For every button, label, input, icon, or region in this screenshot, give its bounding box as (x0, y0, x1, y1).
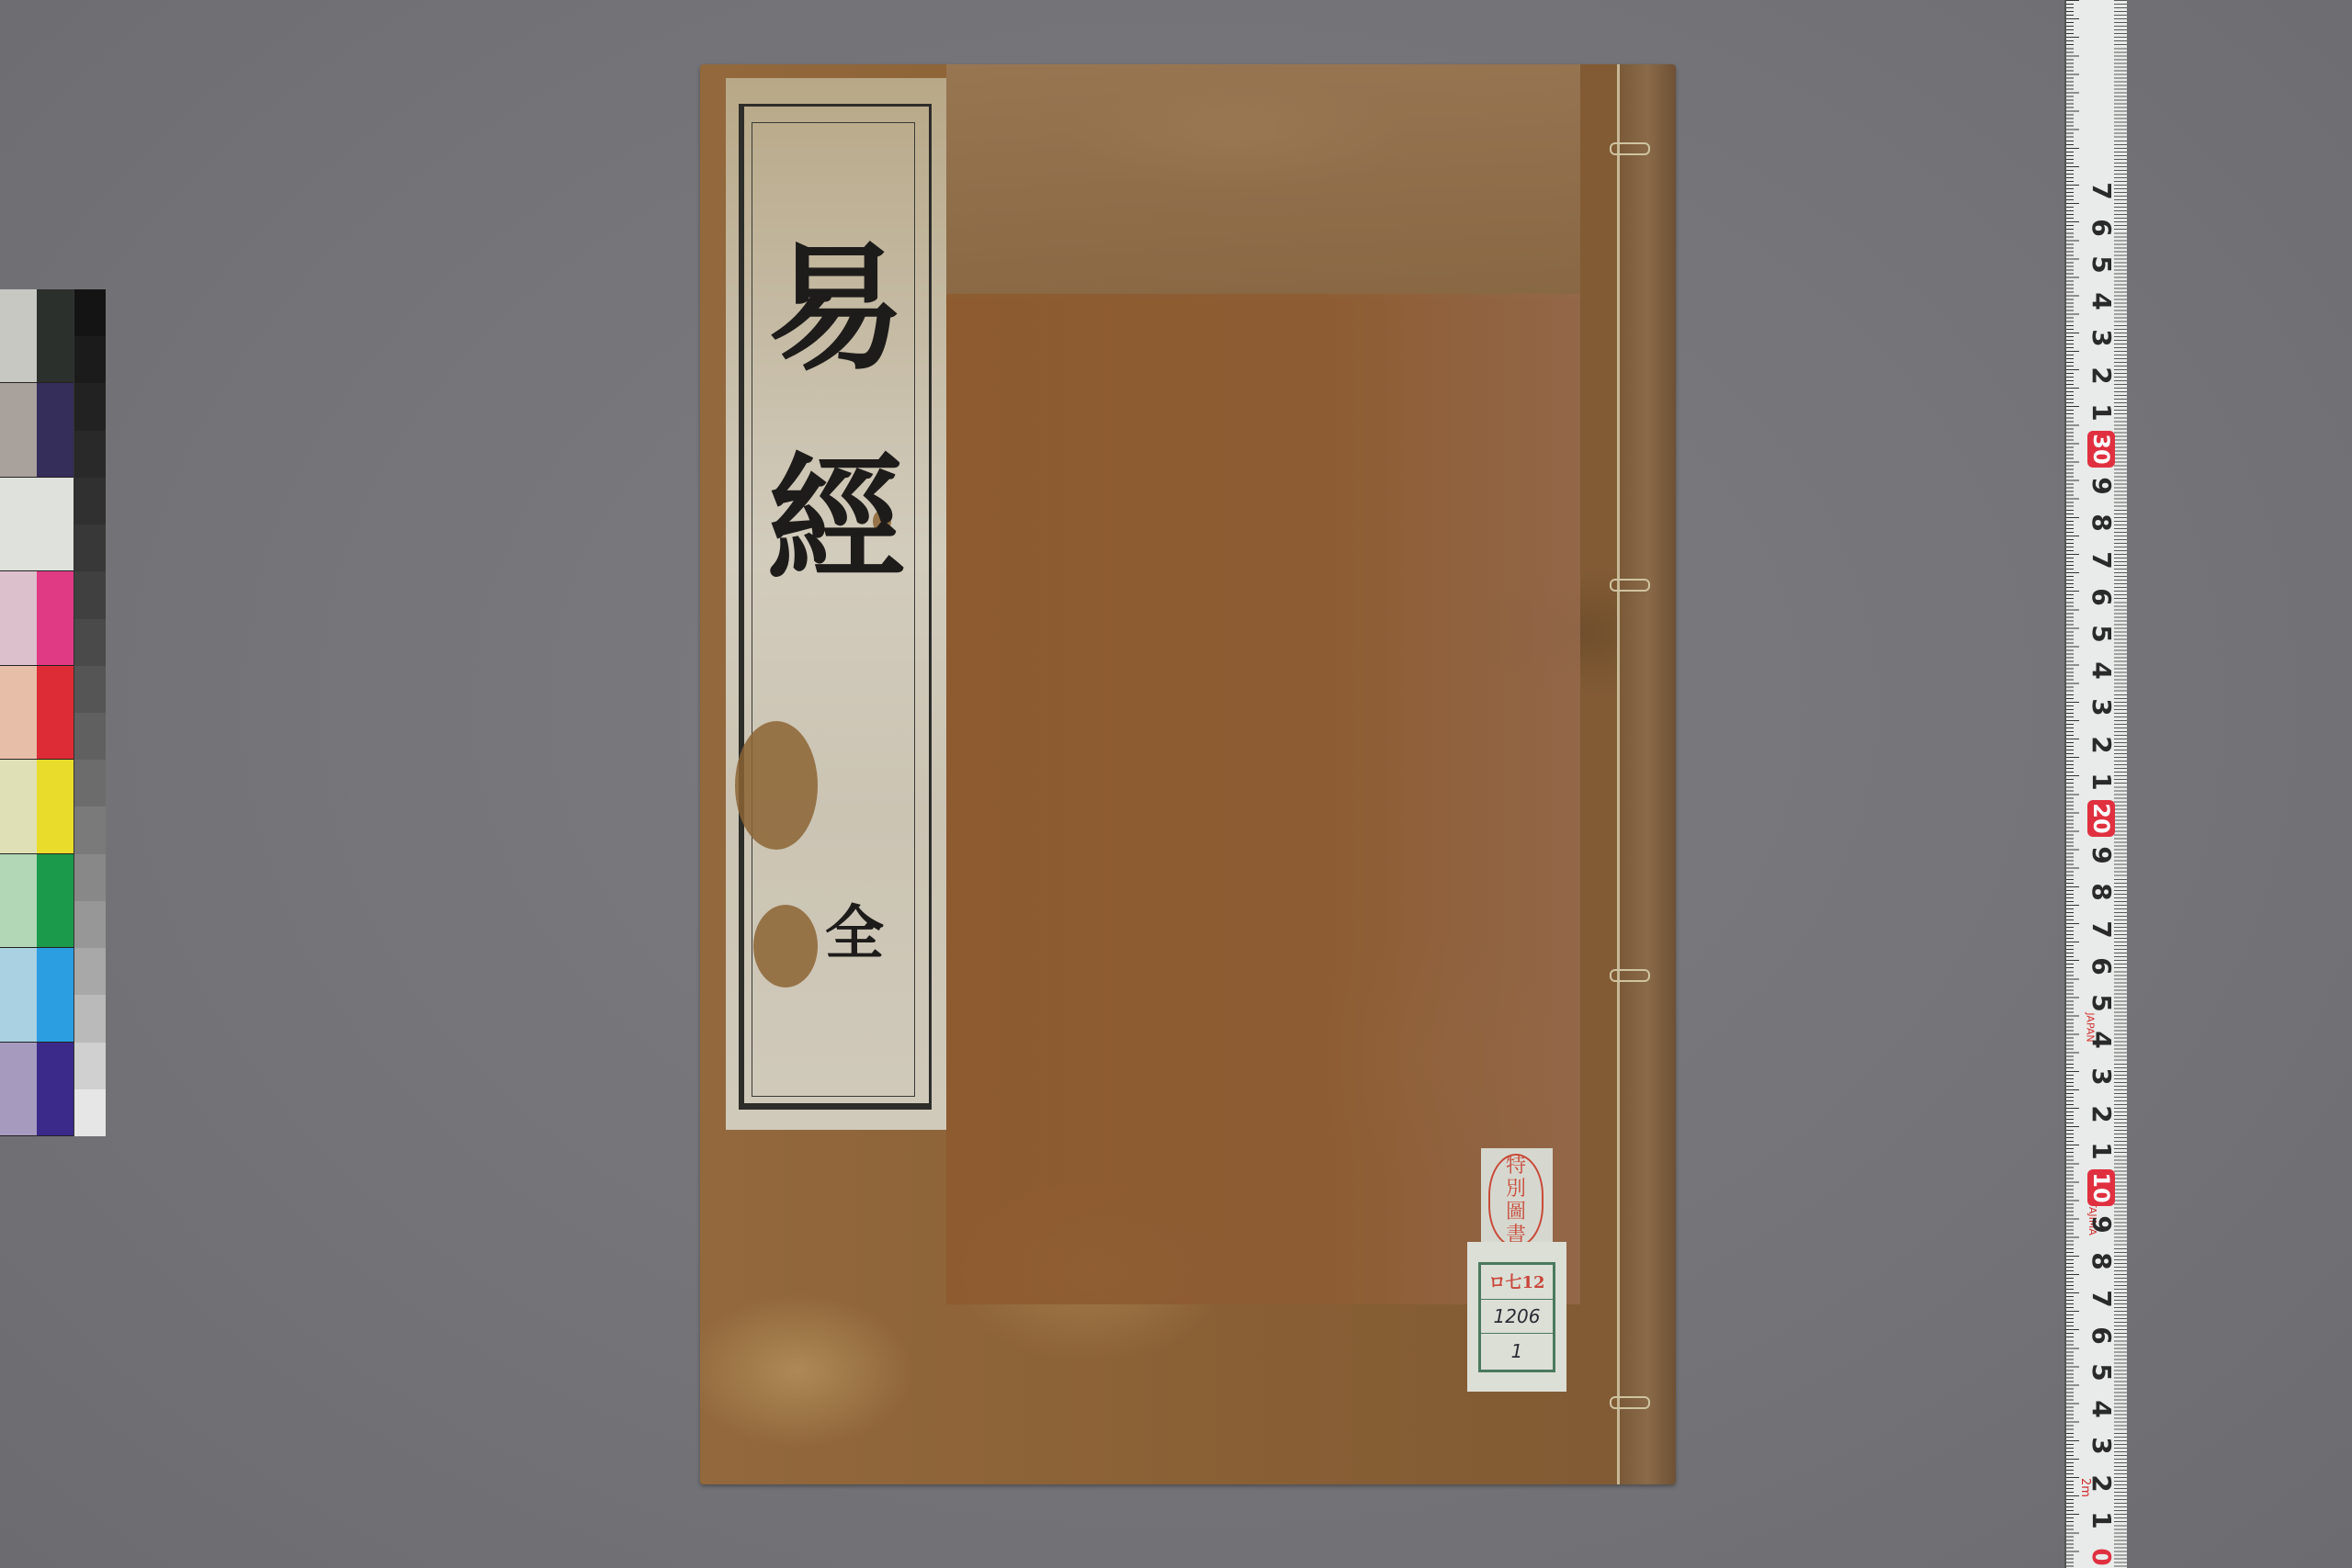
ruler-number: 8 (2087, 874, 2115, 910)
label-frame: ロ七12 1206 1 (1478, 1262, 1555, 1372)
library-call-number-label: ロ七12 1206 1 (1467, 1242, 1566, 1392)
ruler-number: 6 (2087, 948, 2115, 985)
ruler-number: 2 (2087, 727, 2115, 763)
binding-thread-knot (1610, 579, 1650, 592)
ruler-number: 6 (2087, 1317, 2115, 1354)
gray-step-swatch (74, 619, 106, 666)
color-swatch (0, 478, 37, 571)
ruler-number: 5 (2087, 246, 2115, 283)
cover-worn-top-band (946, 64, 1580, 299)
ruler-number: 8 (2087, 504, 2115, 541)
title-character-2: 經 (726, 409, 946, 607)
ruler-number: 6 (2087, 579, 2115, 615)
ruler-number: 4 (2087, 1391, 2115, 1427)
label-classification: ロ七12 (1481, 1265, 1553, 1300)
color-chart-grayscale-column (73, 289, 106, 1136)
gray-step-swatch (74, 289, 106, 336)
ruler-number: 1 (2087, 763, 2115, 800)
color-swatch (37, 760, 73, 853)
gray-step-swatch (74, 760, 106, 807)
ruler-number: 7 (2087, 173, 2115, 209)
binding-strip (1620, 64, 1676, 1484)
gray-step-swatch (74, 807, 106, 853)
title-character-1: 易 (726, 197, 946, 396)
color-swatch (37, 854, 73, 948)
ruler-number: 5 (2087, 1354, 2115, 1391)
ruler-number: 2 (2087, 1096, 2115, 1133)
book-cover: 易 經 全 特 別 圖 書 ロ七12 1206 1 (700, 64, 1676, 1484)
color-chart-saturated-column (37, 289, 73, 1136)
ruler-number: 5 (2087, 985, 2115, 1021)
gray-step-swatch (74, 948, 106, 995)
ruler-number: 9 (2087, 468, 2115, 504)
ruler-number: 2 (2087, 357, 2115, 394)
color-swatch (37, 478, 73, 571)
seal-paper: 特 別 圖 書 (1481, 1148, 1553, 1254)
ruler-number: 3 (2087, 1427, 2115, 1464)
gray-step-swatch (74, 666, 106, 713)
color-swatch (37, 948, 73, 1042)
ruler-number: 4 (2087, 1021, 2115, 1058)
binding-thread-knot (1610, 142, 1650, 155)
ruler-number: 0 (2087, 1539, 2115, 1568)
binding-thread-knot (1610, 1396, 1650, 1409)
ruler-number: 20 (2087, 800, 2115, 837)
volume-mark: 全 (744, 886, 965, 971)
seal-char: 別 (1506, 1178, 1526, 1201)
color-chart-light-column (0, 289, 37, 1136)
gray-step-swatch (74, 995, 106, 1042)
color-swatch (0, 948, 37, 1042)
library-seal-stamp: 特 別 圖 書 (1488, 1154, 1543, 1247)
ruler-number: 7 (2087, 911, 2115, 948)
stain (735, 721, 818, 850)
ruler-number: 9 (2087, 1206, 2115, 1243)
ruler-number: 5 (2087, 615, 2115, 652)
color-swatch (0, 383, 37, 477)
color-swatch (37, 571, 73, 665)
color-swatch (0, 854, 37, 948)
color-swatch (37, 383, 73, 477)
seal-char: 圖 (1506, 1201, 1526, 1224)
ruler-number: 7 (2087, 542, 2115, 579)
ruler-number: 10 (2087, 1169, 2115, 1206)
color-swatch (37, 1043, 73, 1136)
ruler-number: 6 (2087, 209, 2115, 246)
ruler-number: 3 (2087, 1058, 2115, 1095)
binding-thread-knot (1610, 969, 1650, 982)
color-swatch (0, 666, 37, 760)
ruler-number: 30 (2087, 431, 2115, 468)
ruler-number: 3 (2087, 689, 2115, 726)
color-swatch (37, 666, 73, 760)
gray-step-swatch (74, 571, 106, 618)
gray-step-swatch (74, 713, 106, 760)
ruler-number: 4 (2087, 283, 2115, 320)
label-volume-number: 1 (1481, 1334, 1553, 1369)
color-swatch (0, 571, 37, 665)
ruler-number: 2 (2087, 1465, 2115, 1502)
title-slip: 易 經 全 (726, 78, 946, 1130)
color-swatch (0, 289, 37, 383)
gray-step-swatch (74, 478, 106, 525)
gray-step-swatch (74, 1043, 106, 1089)
gray-step-swatch (74, 383, 106, 430)
ruler-number: 8 (2087, 1243, 2115, 1280)
color-swatch (0, 1043, 37, 1136)
ruler-number: 1 (2087, 394, 2115, 431)
color-swatch (0, 760, 37, 853)
ruler-number: 9 (2087, 837, 2115, 874)
gray-step-swatch (74, 901, 106, 948)
ruler-number: 1 (2087, 1133, 2115, 1169)
ruler-number: 4 (2087, 652, 2115, 689)
gray-step-swatch (74, 336, 106, 383)
ruler-number: 7 (2087, 1280, 2115, 1317)
ruler-number: 3 (2087, 320, 2115, 356)
binding-thread-line (1617, 64, 1620, 1484)
seal-char: 特 (1506, 1155, 1526, 1178)
gray-step-swatch (74, 854, 106, 901)
gray-step-swatch (74, 525, 106, 571)
ruler-number: 1 (2087, 1502, 2115, 1539)
gray-step-swatch (74, 1089, 106, 1136)
label-call-number: 1206 (1481, 1300, 1553, 1335)
color-calibration-chart (0, 289, 105, 1136)
color-swatch (37, 289, 73, 383)
measuring-tape: TAJIMA JAPAN 2m 765432130987654321209876… (2064, 0, 2127, 1568)
gray-step-swatch (74, 431, 106, 478)
